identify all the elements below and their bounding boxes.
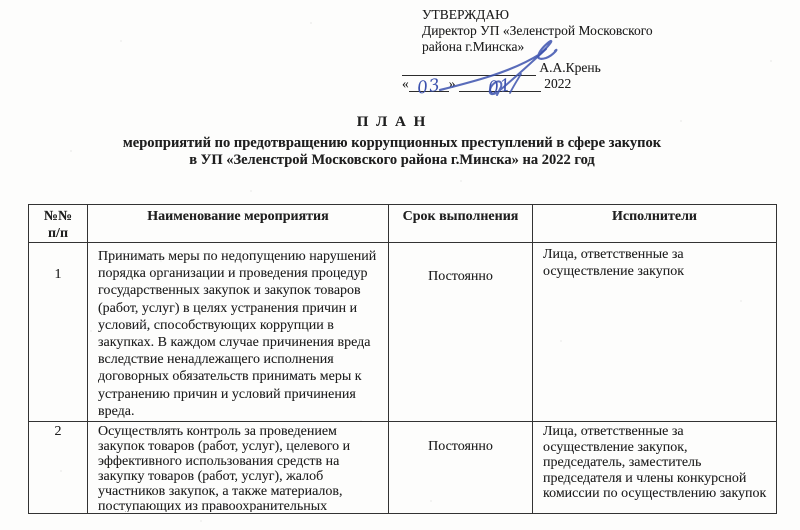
table-header-row: №№ п/п Наименование мероприятия Срок вып… bbox=[29, 205, 777, 243]
title-line3: в УП «Зеленстрой Московского района г.Ми… bbox=[0, 152, 784, 169]
header-executors: Исполнители bbox=[533, 205, 777, 243]
approval-line2: Директор УП «Зеленстрой Московского bbox=[422, 23, 762, 39]
approval-heading: УТВЕРЖДАЮ bbox=[422, 7, 762, 23]
title-line1: П Л А Н bbox=[0, 114, 784, 131]
approval-line3: района г.Минска» bbox=[422, 39, 762, 55]
handwritten-day: 03 bbox=[416, 75, 442, 98]
month-blank: 01 bbox=[459, 76, 541, 92]
date-line: «03» 01 2022 bbox=[402, 76, 762, 94]
row2-term: Постоянно bbox=[389, 422, 533, 514]
row2-executors-text: Лица, ответственные за осуществление зак… bbox=[543, 424, 768, 502]
row1-executors: Лица, ответственные за осуществление зак… bbox=[533, 243, 777, 422]
row2-number: 2 bbox=[29, 422, 88, 514]
signature-line: А.А.Крень bbox=[402, 60, 762, 76]
table-row: 1 Принимать меры по недопущению нарушени… bbox=[29, 243, 777, 422]
handwritten-month: 01 bbox=[487, 75, 513, 98]
header-activity: Наименование мероприятия bbox=[88, 205, 389, 243]
scanned-document-page: { "ink_color": "#3c52ae", "approval": { … bbox=[0, 0, 800, 530]
row1-activity: Принимать меры по недопущению нарушений … bbox=[88, 243, 389, 422]
table-row: 2 Осуществлять контроль за проведением з… bbox=[29, 422, 777, 514]
row2-executors: Лица, ответственные за осуществление зак… bbox=[533, 422, 777, 514]
row2-activity-text: Осуществлять контроль за проведением зак… bbox=[98, 424, 378, 512]
quote-open: « bbox=[402, 76, 409, 91]
row1-executors-text: Лица, ответственные за осуществление зак… bbox=[543, 246, 768, 280]
year-value: 2022 bbox=[544, 76, 571, 91]
document-title: П Л А Н мероприятий по предотвращению ко… bbox=[0, 114, 784, 169]
header-num-line2: п/п bbox=[29, 225, 87, 242]
row1-term: Постоянно bbox=[389, 243, 533, 422]
row1-activity-text: Принимать меры по недопущению нарушений … bbox=[98, 248, 378, 420]
plan-table: №№ п/п Наименование мероприятия Срок вып… bbox=[28, 204, 777, 514]
approval-block: УТВЕРЖДАЮ Директор УП «Зеленстрой Москов… bbox=[422, 7, 762, 55]
title-line2: мероприятий по предотвращению коррупцион… bbox=[0, 135, 784, 152]
header-term: Срок выполнения bbox=[389, 205, 533, 243]
quote-close: » bbox=[449, 76, 456, 91]
day-blank: 03 bbox=[409, 76, 449, 92]
row1-number: 1 bbox=[29, 243, 88, 422]
scan-noise bbox=[0, 0, 2, 2]
row2-activity: Осуществлять контроль за проведением зак… bbox=[88, 422, 389, 514]
header-num: №№ п/п bbox=[29, 205, 88, 243]
header-num-line1: №№ bbox=[29, 208, 87, 225]
signature-blank bbox=[402, 60, 536, 76]
signer-name: А.А.Крень bbox=[539, 60, 600, 75]
plan-table-container: №№ п/п Наименование мероприятия Срок вып… bbox=[28, 204, 777, 514]
